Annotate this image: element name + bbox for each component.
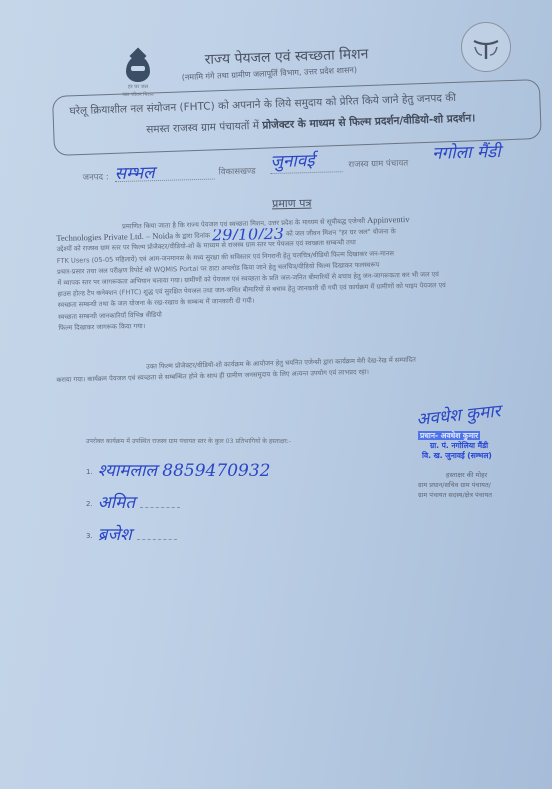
official-stamp: प्रधान- अवधेश कुमार ग्रा. पं. नगोलिया मै… — [418, 431, 528, 461]
certificate-body: प्रमाणित किया जाता है कि राज्य पेयजल एवं… — [56, 211, 550, 334]
certificate-title: प्रमाण पत्र — [272, 196, 312, 212]
certificate-page: हर घर जल जल जीवन मिशन राज्य पेयजल एवं स्… — [0, 0, 552, 789]
signature-dashed-line — [140, 507, 180, 508]
signature-dashed-line — [137, 539, 177, 540]
participant-signature: अमित — [98, 493, 135, 513]
participant-signature: श्यामलाल 8859470932 — [98, 461, 271, 481]
participant-signature: ब्रजेश — [98, 525, 132, 545]
district-label: जनपद : — [83, 171, 109, 183]
banner-line-2: समस्त राजस्व ग्राम पंचायतों में प्रोजेक्… — [146, 111, 476, 136]
stamp-line-3: वि. ख. जुनावई (सम्भल) — [418, 451, 528, 461]
water-drop-icon — [126, 56, 150, 82]
up-government-emblem — [461, 22, 511, 72]
stamp-line-1: प्रधान- अवधेश कुमार — [418, 431, 528, 441]
participant-row: 3. ब्रजेश — [86, 522, 177, 542]
panchayat-label: राजस्व ग्राम पंचायत — [348, 157, 408, 170]
stamp-line-2: ग्रा. पं. नगोलिया मैंडी — [418, 441, 528, 451]
signatory-signature: अवधेश कुमार — [416, 400, 552, 423]
participant-row: 1. श्यामलाल 8859470932 — [86, 458, 270, 478]
block-value: जुनावई — [270, 148, 315, 172]
block-label: विकासखण्ड — [218, 165, 255, 177]
banner-line-2-bold: प्रोजेक्टर के माध्यम से फिल्म प्रदर्शन/व… — [262, 112, 475, 131]
panchayat-value: नगोला मैंडी — [432, 139, 501, 164]
signatory-caption: हस्ताक्षर की मोहर ग्राम प्रधान/सचिव ग्रा… — [418, 470, 492, 500]
participant-row: 2. अमित — [86, 490, 180, 510]
banner-line-2-prefix: समस्त राजस्व ग्राम पंचायतों में — [146, 120, 263, 136]
emblem-icon — [471, 33, 501, 61]
handwritten-signature: अवधेश कुमार — [415, 393, 552, 430]
participants-label: उपरोक्त कार्यक्रम में उपस्थित राजस्व ग्र… — [86, 438, 346, 446]
logo-caption-1: हर घर जल — [118, 84, 158, 90]
certificate-body-2: उक्त फिल्म प्रोजेक्टर/वीडियो-शो कार्यक्र… — [56, 351, 548, 386]
